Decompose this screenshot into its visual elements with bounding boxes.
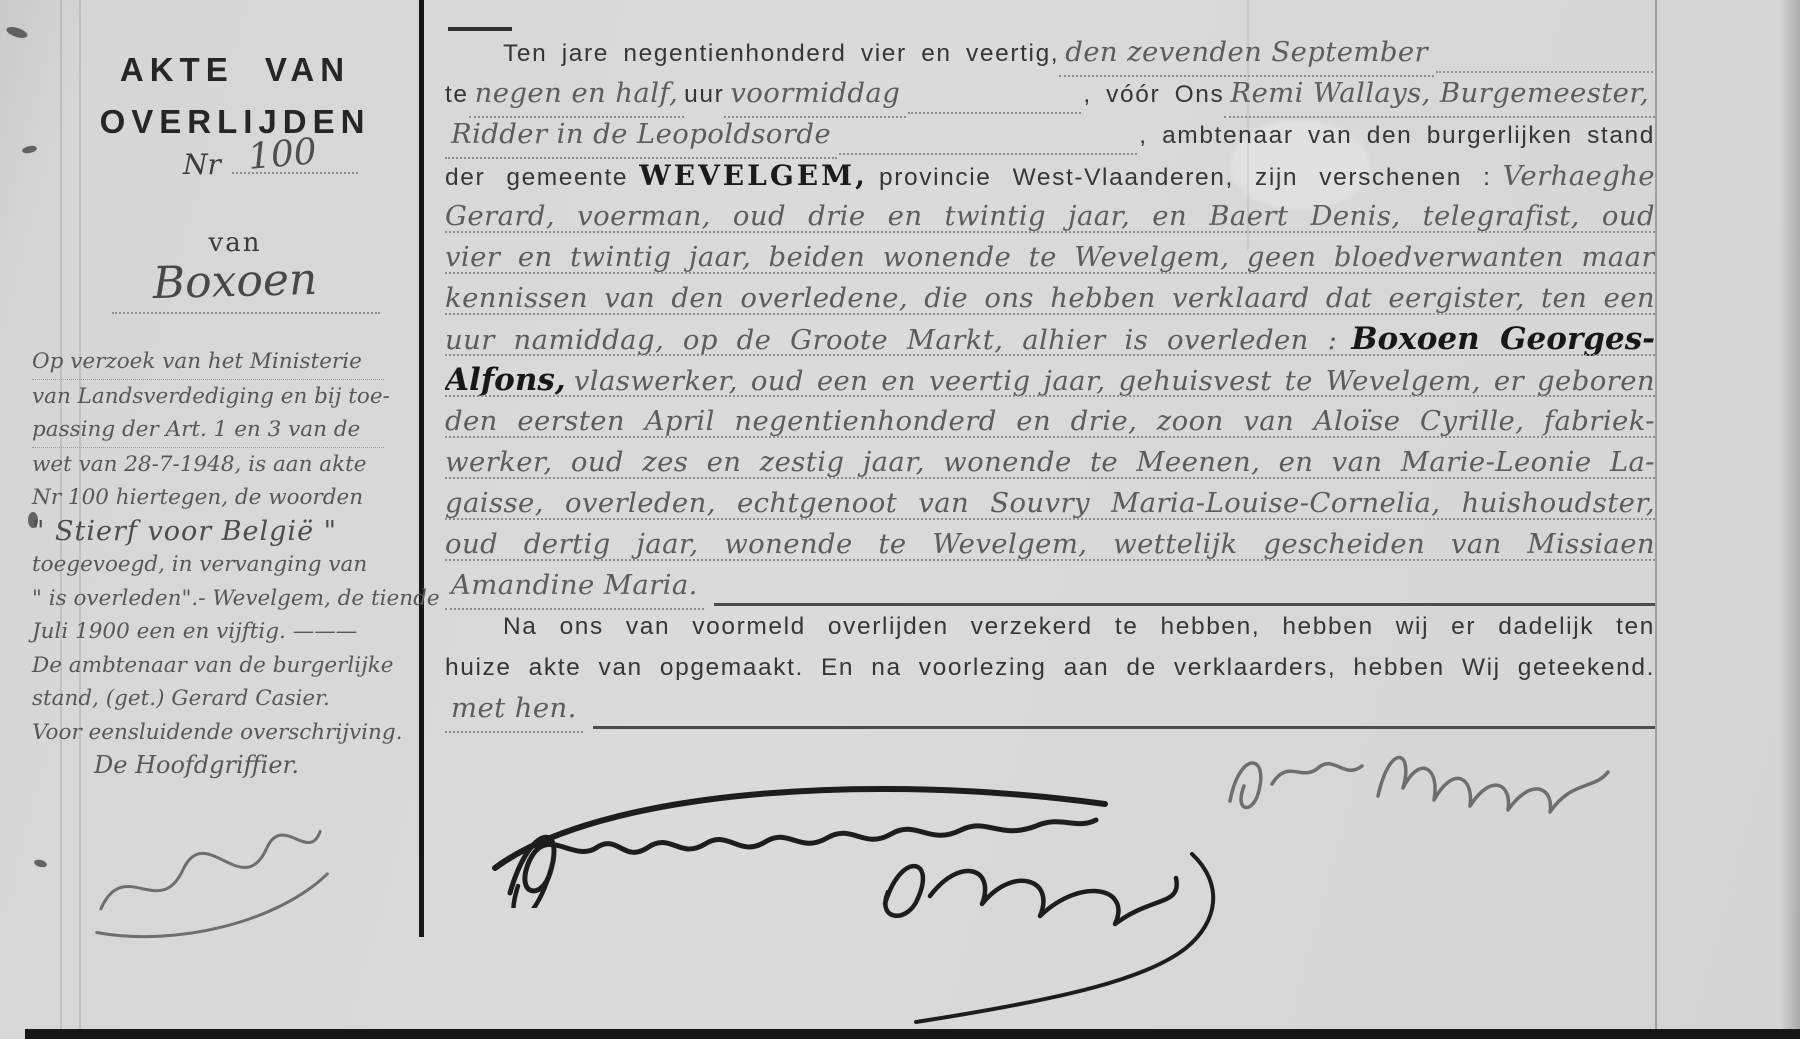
act-line-15-seg-1: Na ons van voormeld overlijden verzekerd… <box>445 613 1655 647</box>
margin-note-line-8: " is overleden".- Wevelgem, de tiende <box>32 582 384 616</box>
page-title: AKTE VAN OVERLIJDEN <box>98 44 372 148</box>
act-line-9-seg-2: vlaswerker, oud een en veertig jaar, geh… <box>574 365 1655 397</box>
act-line-2-seg-4: voormiddag <box>724 73 906 118</box>
act-line-2: tenegen en half,uurvoormiddag, vóór OnsR… <box>445 73 1655 114</box>
act-line-1-seg-2: den zevenden September <box>1059 32 1434 77</box>
act-line-1: Ten jare negentienhonderd vier en veerti… <box>445 32 1655 73</box>
column-divider-rule <box>419 0 424 937</box>
act-number-value: 100 <box>246 131 318 178</box>
act-line-6: vier en twintig jaar, beiden wonende te … <box>445 237 1655 278</box>
deceased-surname: Boxoen <box>97 252 372 310</box>
act-line-7-seg-1: kennissen van den overledene, die ons he… <box>445 282 1655 314</box>
binding-mark <box>5 25 29 40</box>
fill-line <box>232 172 358 174</box>
act-line-2-seg-6: , vóór Ons <box>1083 74 1224 115</box>
act-line-5-seg-1: Gerard, voerman, oud drie en twintig jaa… <box>445 200 1655 232</box>
margin-note-line-9: Juli 1900 een en vijftig. ——— <box>32 615 384 649</box>
act-line-8-seg-2: Boxoen Georges- <box>1351 321 1655 357</box>
act-line-2-seg-3: uur <box>684 74 724 115</box>
margin-note-line-3: passing der Art. 1 en 3 van de <box>32 413 384 448</box>
act-line-13: oud dertig jaar, wonende te Wevelgem, we… <box>445 524 1655 565</box>
act-line-12: gaisse, overleden, echtgenoot van Souvry… <box>445 483 1655 524</box>
act-line-3: Ridder in de Leopoldsorde, ambtenaar van… <box>445 114 1655 155</box>
act-line-5: Gerard, voerman, oud drie en twintig jaa… <box>445 196 1655 237</box>
act-line-10-seg-1: den eersten April negentienhonderd en dr… <box>445 405 1655 437</box>
act-line-14-seg-1: Amandine Maria. <box>445 565 704 610</box>
act-number-label: Nr <box>183 148 221 181</box>
margin-note-line-10: De ambtenaar van de burgerlijke <box>32 649 384 683</box>
act-body: Ten jare negentienhonderd vier en veerti… <box>445 32 1655 729</box>
act-line-9: Alfons, vlaswerker, oud een en veertig j… <box>445 360 1655 401</box>
act-line-15: Na ons van voormeld overlijden verzekerd… <box>445 606 1655 647</box>
act-line-16-seg-1: huize akte van opgemaakt. En na voorlezi… <box>445 654 1655 681</box>
act-line-2-seg-7: Remi Wallays, Burgemeester, <box>1224 73 1655 118</box>
act-line-3-seg-3: , ambtenaar van den burgerlijken stand <box>1139 115 1655 156</box>
act-line-17-seg-1: met hen. <box>445 688 583 733</box>
act-line-16: huize akte van opgemaakt. En na voorlezi… <box>445 647 1655 688</box>
act-line-3-seg-1: Ridder in de Leopoldsorde <box>445 114 837 159</box>
act-line-14: Amandine Maria. <box>445 565 1655 606</box>
fill-line <box>908 102 1081 114</box>
act-line-4: der gemeente WEVELGEM, provincie West-Vl… <box>445 155 1655 196</box>
binding-mark <box>21 145 37 155</box>
act-line-10: den eersten April negentienhonderd en dr… <box>445 401 1655 442</box>
declarant-signature-baert <box>830 826 1310 1036</box>
act-line-7: kennissen van den overledene, die ons he… <box>445 278 1655 319</box>
act-line-2-seg-1: te <box>445 74 469 115</box>
act-line-9-seg-1: Alfons, <box>445 362 566 398</box>
fill-line <box>839 143 1137 155</box>
fill-line <box>714 593 1655 606</box>
act-line-4-seg-2: WEVELGEM, <box>639 159 868 192</box>
binding-mark <box>33 858 47 868</box>
margin-note: Op verzoek van het Ministerievan Landsve… <box>32 345 384 783</box>
chief-clerk-signature <box>63 774 360 967</box>
margin-note-line-4: wet van 28-7-1948, is aan akte <box>32 448 384 482</box>
margin-note-line-5: Nr 100 hiertegen, de woorden <box>32 481 384 515</box>
act-line-11-seg-1: werker, oud zes en zestig jaar, wonende … <box>445 446 1655 478</box>
act-line-1-seg-1: Ten jare negentienhonderd vier en veerti… <box>503 33 1059 74</box>
act-line-4-seg-4: Verhaeghe <box>1503 160 1655 192</box>
margin-note-line-1: Op verzoek van het Ministerie <box>32 345 384 380</box>
page-right-edge <box>1780 0 1800 1039</box>
act-line-4-seg-1: der gemeente <box>445 164 628 191</box>
margin-note-line-2: van Landsverdediging en bij toe- <box>32 380 384 414</box>
act-line-8: uur namiddag, op de Groote Markt, alhier… <box>445 319 1655 360</box>
act-line-12-seg-1: gaisse, overleden, echtgenoot van Souvry… <box>445 487 1655 519</box>
act-line-11: werker, oud zes en zestig jaar, wonende … <box>445 442 1655 483</box>
fill-line <box>112 312 380 314</box>
fill-line <box>1436 61 1653 73</box>
form-right-border <box>1655 0 1657 1030</box>
act-line-13-seg-1: oud dertig jaar, wonende te Wevelgem, we… <box>445 528 1655 560</box>
margin-note-line-11: stand, (get.) Gerard Casier. <box>32 682 384 716</box>
act-line-8-seg-1: uur namiddag, op de Groote Markt, alhier… <box>445 324 1337 356</box>
act-line-4-seg-3: provincie West-Vlaanderen, zijn verschen… <box>879 164 1491 191</box>
act-line-6-seg-1: vier en twintig jaar, beiden wonende te … <box>445 241 1655 273</box>
death-certificate-scan: AKTE VAN OVERLIJDEN Nr 100 van Boxoen Op… <box>0 0 1800 1039</box>
registrar-signature-remi-wallays <box>1200 716 1630 826</box>
margin-note-line-7: toegevoegd, in vervanging van <box>32 548 384 582</box>
act-line-2-seg-2: negen en half, <box>469 73 685 118</box>
margin-note-line-12: Voor eensluidende overschrijving. <box>32 716 384 750</box>
section-dash <box>448 27 512 31</box>
margin-note-line-6: " Stierf voor België " <box>32 515 384 549</box>
